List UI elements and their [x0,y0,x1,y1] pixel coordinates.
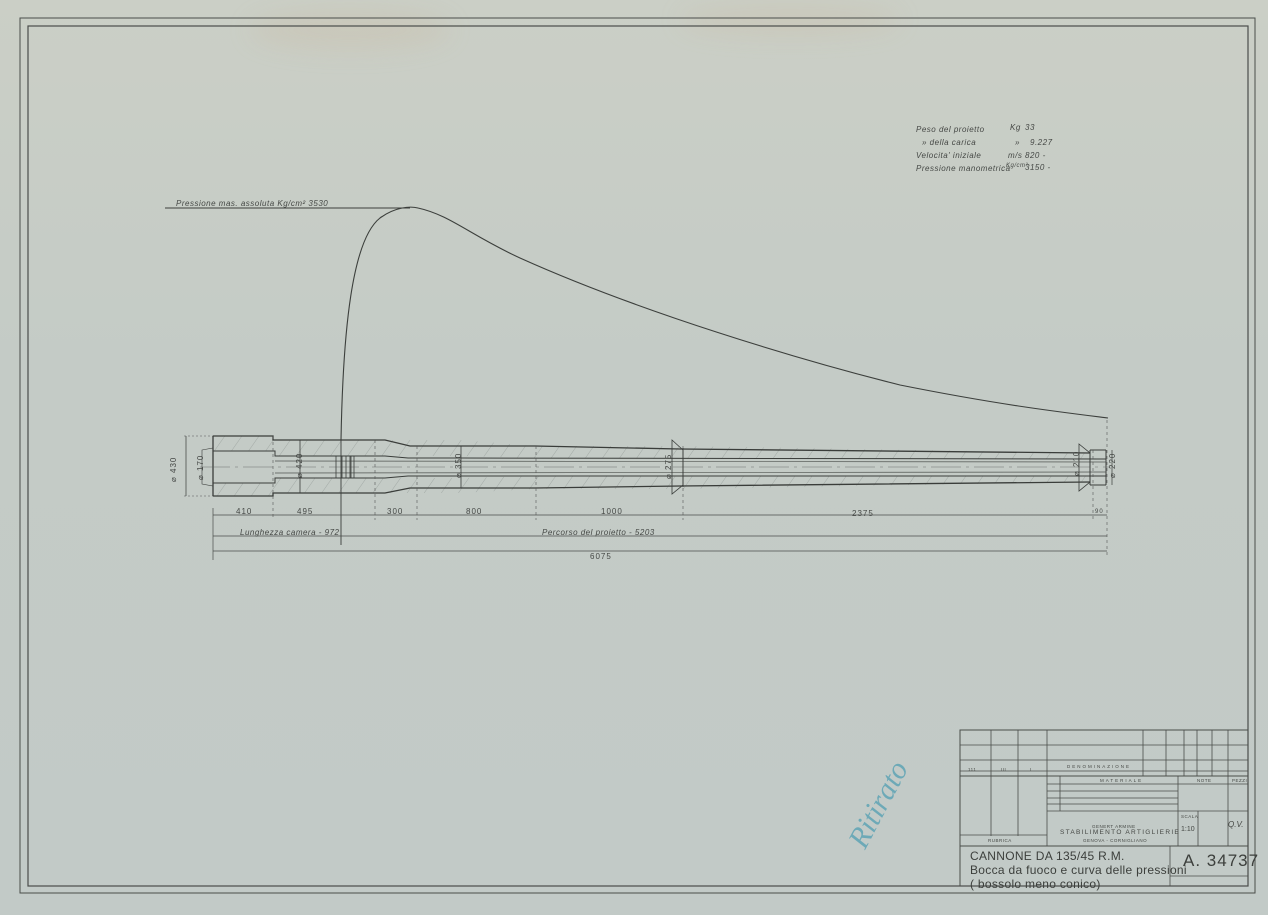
data-value: 33 [1025,123,1035,132]
drawing-number: A. 34737 [1183,851,1259,871]
pressure-curve [165,207,1108,440]
dim-1000: 1000 [601,507,623,516]
dim-800: 800 [466,507,482,516]
data-label: Pressione manometrica [916,164,1011,173]
diameter-breech-inner: ⌀ 170 [196,455,205,480]
dim-495: 495 [297,507,313,516]
denominazione-label: DENOMINAZIONE [1067,764,1131,769]
diameter-muzzle-outer: ⌀ 220 [1108,453,1117,478]
dim-300: 300 [387,507,403,516]
dim-90: 90 [1095,509,1104,515]
data-value: 820 - [1025,151,1046,160]
scale-value: 1:10 [1181,826,1195,833]
prog-value: I [1030,767,1032,772]
drawing-title: CANNONE DA 135/45 R.M. Bocca da fuoco e … [970,849,1187,891]
chamber-length-label: Lunghezza camera - 972 [240,528,340,537]
diameter-muzzle-inner: ⌀ 210 [1072,451,1081,476]
dim-2375: 2375 [852,509,874,518]
title-line-1: CANNONE DA 135/45 R.M. [970,849,1187,863]
max-pressure-label: Pressione mas. assoluta Kg/cm² 3530 [176,199,328,208]
prog-value: III [1001,767,1006,772]
title-line-3: ( bossolo meno conico) [970,877,1187,891]
pezzi-label: PEZZI [1232,778,1247,783]
materiale-label: MATERIALE [1100,778,1143,783]
dimension-lines [213,508,1107,560]
data-unit: » [1015,138,1020,147]
title-line-2: Bocca da fuoco e curva delle pressioni [970,863,1187,877]
scale-label: SCALA [1181,814,1198,819]
rubrica-label: RUBRICA [988,838,1012,843]
data-value: 3150 - [1025,163,1051,172]
data-unit: Kg [1010,123,1021,132]
drawing-sheet: Peso del proietto Kg 33 » della carica »… [0,0,1268,915]
projectile-travel-label: Percorso del proietto - 5203 [542,528,655,537]
total-length-label: 6075 [590,552,612,561]
data-label: Peso del proietto [916,125,985,134]
diameter-chamber: ⌀ 420 [295,453,304,478]
data-unit: m/s [1008,151,1022,160]
note-label: NOTE [1197,778,1212,783]
data-label: » della carica [922,138,976,147]
dim-410: 410 [236,507,252,516]
diameter-bore-275: ⌀ 275 [664,454,673,479]
manufacturer-location: GENOVA - CORNIGLIANO [1083,838,1147,843]
data-label: Velocita' iniziale [916,151,981,160]
data-value: 9.227 [1030,138,1053,147]
signature-initials: Q.V. [1228,820,1243,829]
prog-value: 111 [968,767,976,772]
manufacturer-name: STABILIMENTO ARTIGLIERIE [1060,829,1180,836]
diameter-bore-mid: ⌀ 350 [454,453,463,478]
diameter-breech-outer: ⌀ 430 [169,457,178,482]
